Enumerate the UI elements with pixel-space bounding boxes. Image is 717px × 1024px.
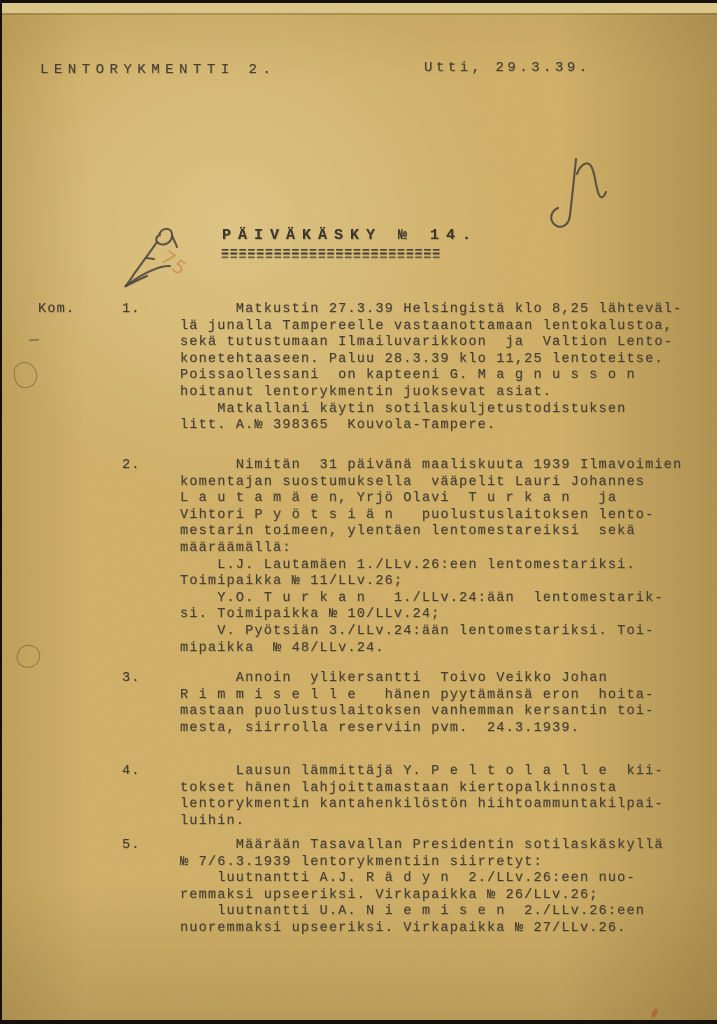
paper-edge-line (2, 13, 717, 15)
order-5-text: Määrään Tasavallan Presidentin sotilaskä… (180, 838, 690, 938)
order-4-number: 4. (122, 764, 162, 781)
order-4-text: Lausun lämmittäjä Y. P e l t o l a l l e… (180, 764, 690, 830)
title-underline-second-strike: ========================= (221, 252, 441, 262)
order-3-text: Annoin ylikersantti Toivo Veikko Johan R… (180, 671, 690, 737)
document-title: PÄIVÄKÄSKY № 14. (222, 228, 478, 245)
staple-mark-upper (12, 361, 38, 390)
order-1-number: 1. (122, 302, 162, 319)
staple-mark-lower (15, 643, 43, 671)
order-2-number: 2. (122, 458, 162, 475)
order-2-text: Nimitän 31 päivänä maaliskuuta 1939 Ilma… (180, 458, 690, 657)
pencil-initials-icon (551, 159, 606, 227)
scan-border-left (0, 0, 2, 1024)
pencil-dash-mark (29, 339, 39, 341)
scan-border-top (0, 0, 717, 3)
margin-note-kom: Kom. (38, 302, 75, 319)
document-scan: LENTORYKMENTTI 2. Utti, 29.3.39. PÄIVÄKÄ… (0, 0, 717, 1024)
red-crayon-number: 75 (156, 247, 192, 282)
order-5-number: 5. (122, 838, 162, 855)
red-ink-speck (650, 1007, 659, 1018)
order-1-text: Matkustin 27.3.39 Helsingistä klo 8,25 l… (180, 302, 690, 435)
scan-border-bottom (0, 1020, 717, 1024)
paper-top-edge (2, 3, 717, 13)
letterhead-place-date: Utti, 29.3.39. (424, 60, 591, 77)
order-3-number: 3. (122, 671, 162, 688)
letterhead-unit: LENTORYKMENTTI 2. (40, 62, 276, 79)
